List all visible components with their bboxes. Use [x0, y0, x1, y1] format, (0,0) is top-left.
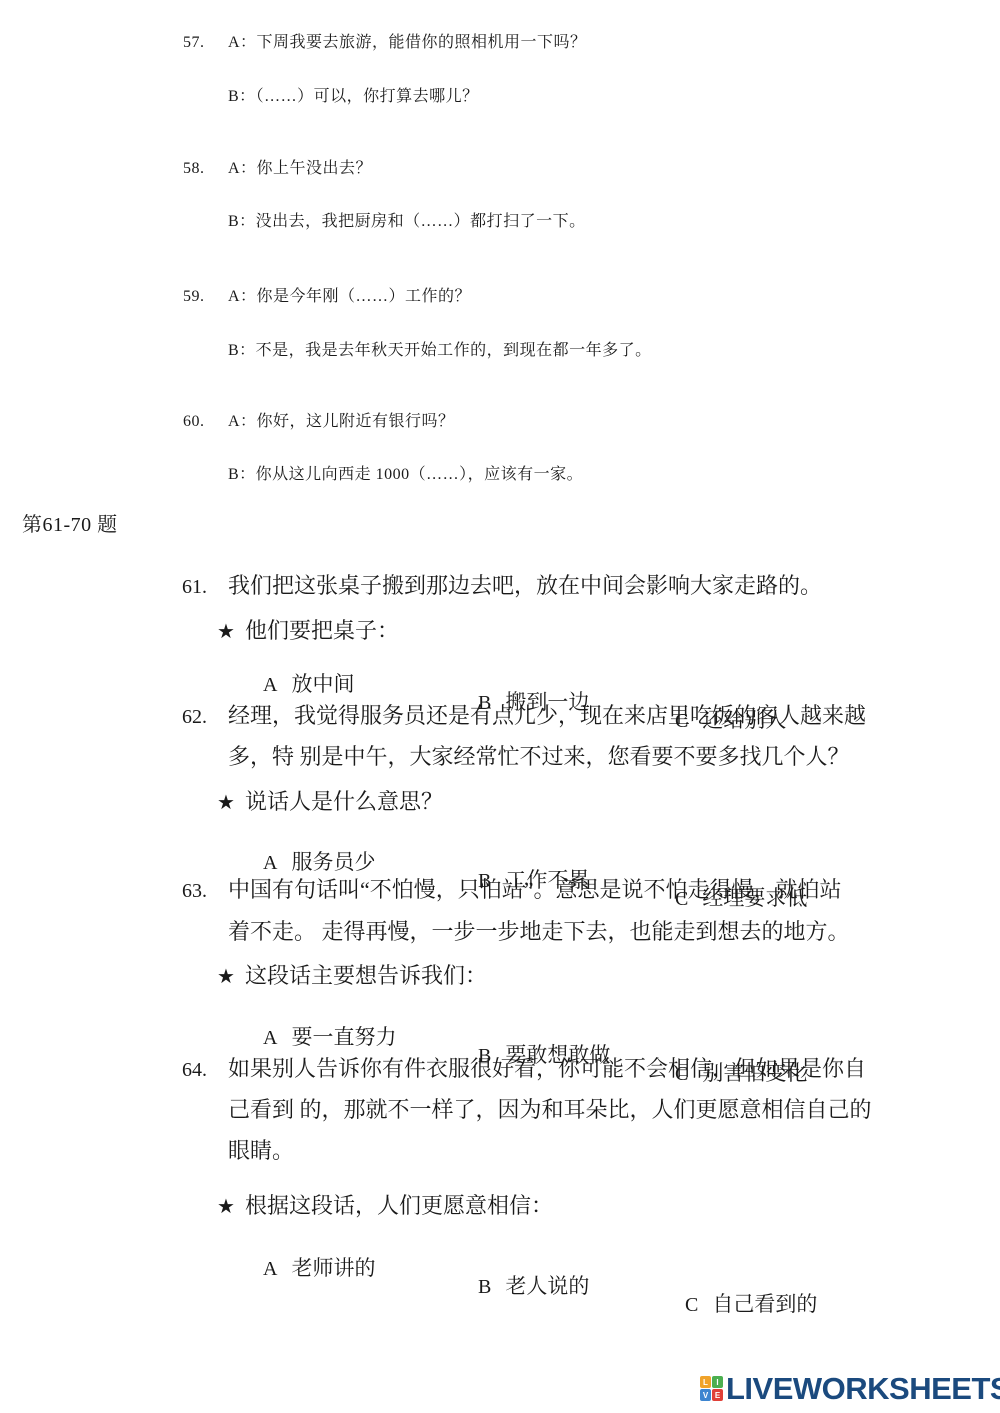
option-label: A [263, 1258, 277, 1280]
option-text: 老人说的 [505, 1274, 589, 1298]
dialogue-line-b: B：你从这儿向西走 1000（……），应该有一家。 [228, 465, 583, 485]
option-c: C自己看到的 [685, 1288, 817, 1318]
question-text-line: 着不走。 走得再慢，一步一步地走下去，也能走到想去的地方。 [228, 918, 850, 945]
dialogue-line-a: A：你是今年刚（……）工作的？ [228, 287, 471, 307]
question-text-line: 经理，我觉得服务员还是有点儿少，现在来店里吃饭的客人越来越 [228, 702, 866, 729]
option-text: 服务员少 [291, 850, 375, 874]
question-text-line: 己看到 的，那就不一样了，因为和耳朵比，人们更愿意相信自己的 [228, 1096, 872, 1123]
dialogue-line-b: B：不是，我是去年秋天开始工作的，到现在都一年多了。 [228, 341, 652, 361]
question-prompt: ★根据这段话，人们更愿意相信： [217, 1192, 553, 1221]
question-prompt: ★这段话主要想告诉我们： [217, 962, 487, 991]
dialogue-line-a: A：你上午没出去？ [228, 159, 372, 179]
question-number: 61. [182, 574, 207, 601]
option-a: A服务员少 [263, 846, 375, 876]
question-text-line: 我们把这张桌子搬到那边去吧，放在中间会影响大家走路的。 [228, 572, 822, 599]
option-b: B老人说的 [478, 1270, 589, 1300]
liveworksheets-wordmark: LIVEWORKSHEETS [726, 1371, 1000, 1407]
dialogue-line-b: B：（……）可以，你打算去哪儿？ [228, 87, 479, 107]
question-number: 62. [182, 704, 207, 731]
options-row: A放中间 B搬到一边 C还给别人 [0, 650, 1000, 678]
question-text-line: 多，特 别是中午，大家经常忙不过来，您看要不要多找几个人？ [228, 743, 850, 770]
question-number: 60. [183, 412, 205, 432]
dialogue-line-a: A：你好，这儿附近有银行吗？ [228, 412, 455, 432]
option-text: 自己看到的 [712, 1292, 817, 1316]
option-a: A老师讲的 [263, 1252, 375, 1282]
option-label: C [685, 1294, 698, 1316]
worksheet-page: 57. A：下周我要去旅游，能借你的照相机用一下吗？ B：（……）可以，你打算去… [0, 0, 1000, 1413]
option-text: 要一直努力 [291, 1025, 396, 1049]
question-text-line: 眼睛。 [228, 1137, 294, 1164]
section-header: 第61-70 题 [22, 508, 118, 537]
logo-block-i: I [712, 1376, 723, 1388]
question-number: 64. [182, 1057, 207, 1084]
prompt-text: 他们要把桌子： [245, 618, 399, 643]
question-prompt: ★说话人是什么意思？ [217, 788, 443, 817]
option-label: A [263, 852, 277, 874]
option-label: A [263, 674, 277, 696]
question-number: 59. [183, 287, 205, 307]
star-icon: ★ [217, 966, 235, 988]
question-text-line: 中国有句话叫“不怕慢，只怕站”。意思是说不怕走得慢，就怕站 [228, 876, 842, 903]
question-number: 57. [183, 33, 205, 53]
liveworksheets-logo[interactable]: L I V E LIVEWORKSHEETS [700, 1371, 1000, 1407]
option-label: A [263, 1027, 277, 1049]
question-text-line: 如果别人告诉你有件衣服很好看，你可能不会相信，但如果是你自 [228, 1055, 866, 1082]
options-row: A要一直努力 B要敢想敢做 C别害怕变化 [0, 1003, 1000, 1031]
dialogue-line-b: B：没出去，我把厨房和（……）都打扫了一下。 [228, 212, 586, 232]
option-a: A要一直努力 [263, 1021, 396, 1051]
dialogue-line-a: A：下周我要去旅游，能借你的照相机用一下吗？ [228, 33, 587, 53]
question-number: 58. [183, 159, 205, 179]
liveworksheets-logo-icon: L I V E [700, 1376, 723, 1402]
prompt-text: 说话人是什么意思？ [245, 789, 443, 814]
logo-block-l: L [700, 1376, 711, 1388]
question-number: 63. [182, 878, 207, 905]
option-label: B [478, 1276, 491, 1298]
logo-block-e: E [712, 1389, 723, 1401]
star-icon: ★ [217, 1196, 235, 1218]
prompt-text: 这段话主要想告诉我们： [245, 963, 487, 988]
option-text: 放中间 [291, 672, 354, 696]
logo-block-v: V [700, 1389, 711, 1401]
option-a: A放中间 [263, 668, 354, 698]
question-prompt: ★他们要把桌子： [217, 617, 399, 646]
prompt-text: 根据这段话，人们更愿意相信： [245, 1193, 553, 1218]
star-icon: ★ [217, 621, 235, 643]
option-text: 老师讲的 [291, 1256, 375, 1280]
options-row: A服务员少 B工作不累 C经理要求低 [0, 828, 1000, 856]
star-icon: ★ [217, 792, 235, 814]
options-row: A老师讲的 B老人说的 C自己看到的 [0, 1234, 1000, 1262]
